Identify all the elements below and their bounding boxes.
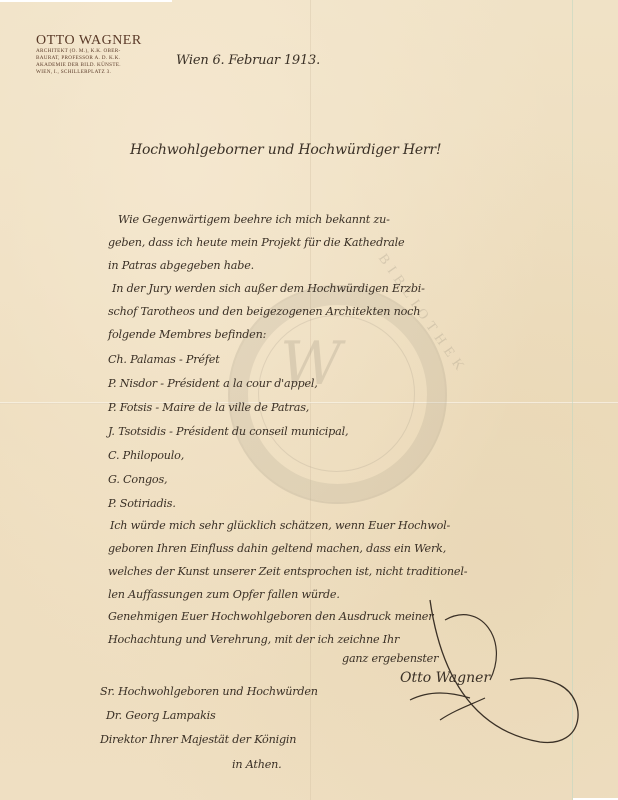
jury-member: Ch. Palamas - Préfet xyxy=(108,353,220,366)
letterhead-line: WIEN, I., SCHILLERPLATZ 3. xyxy=(36,69,166,76)
scan-margin-top xyxy=(0,0,172,2)
body-line: welches der Kunst unserer Zeit entsproch… xyxy=(108,565,467,578)
jury-member: J. Tsotsidis - Président du conseil muni… xyxy=(108,425,348,438)
body-line: geben, dass ich heute mein Projekt für d… xyxy=(108,236,404,249)
jury-member: P. Sotiriadis. xyxy=(108,497,176,510)
addressee-line: Sr. Hochwohlgeboren und Hochwürden xyxy=(100,685,318,698)
addressee-line: Direktor Ihrer Majestät der Königin xyxy=(100,733,296,746)
signature: Otto Wagner xyxy=(400,670,490,686)
jury-member: P. Nisdor - Président a la cour d'appel, xyxy=(108,377,318,390)
dateline: Wien 6. Februar 1913. xyxy=(176,53,320,68)
letter-page: W BIBLIOTHEK OTTO WAGNER ARCHITEKT (O. M… xyxy=(0,0,618,800)
addressee-line: Dr. Georg Lampakis xyxy=(106,709,216,722)
body-line: Ich würde mich sehr glücklich schätzen, … xyxy=(110,519,450,532)
body-line: schof Tarotheos und den beigezogenen Arc… xyxy=(108,305,420,318)
letterhead-line: BAURAT, PROFESSOR A. D. K.K. xyxy=(36,55,166,62)
letterhead: OTTO WAGNER ARCHITEKT (O. M.), K.K. OBER… xyxy=(36,33,166,76)
jury-member: P. Fotsis - Maire de la ville de Patras, xyxy=(108,401,309,414)
jury-member: G. Congos, xyxy=(108,473,167,486)
letterhead-name: OTTO WAGNER xyxy=(36,33,166,48)
salutation: Hochwohlgeborner und Hochwürdiger Herr! xyxy=(130,142,441,158)
body-line: Hochachtung und Verehrung, mit der ich z… xyxy=(108,633,399,646)
body-line: in Patras abgegeben habe. xyxy=(108,259,254,272)
addressee-line: in Athen. xyxy=(232,758,282,771)
body-line: In der Jury werden sich außer dem Hochwü… xyxy=(112,282,425,295)
body-line: len Auffassungen zum Opfer fallen würde. xyxy=(108,588,340,601)
letterhead-line: ARCHITEKT (O. M.), K.K. OBER- xyxy=(36,48,166,55)
body-line: folgende Membres befinden: xyxy=(108,328,266,341)
letterhead-line: AKADEMIE DER BILD. KÜNSTE. xyxy=(36,62,166,69)
body-line: geboren Ihren Einfluss dahin geltend mac… xyxy=(108,542,446,555)
body-line: Wie Gegenwärtigem beehre ich mich bekann… xyxy=(118,213,390,226)
jury-member: C. Philopoulo, xyxy=(108,449,184,462)
